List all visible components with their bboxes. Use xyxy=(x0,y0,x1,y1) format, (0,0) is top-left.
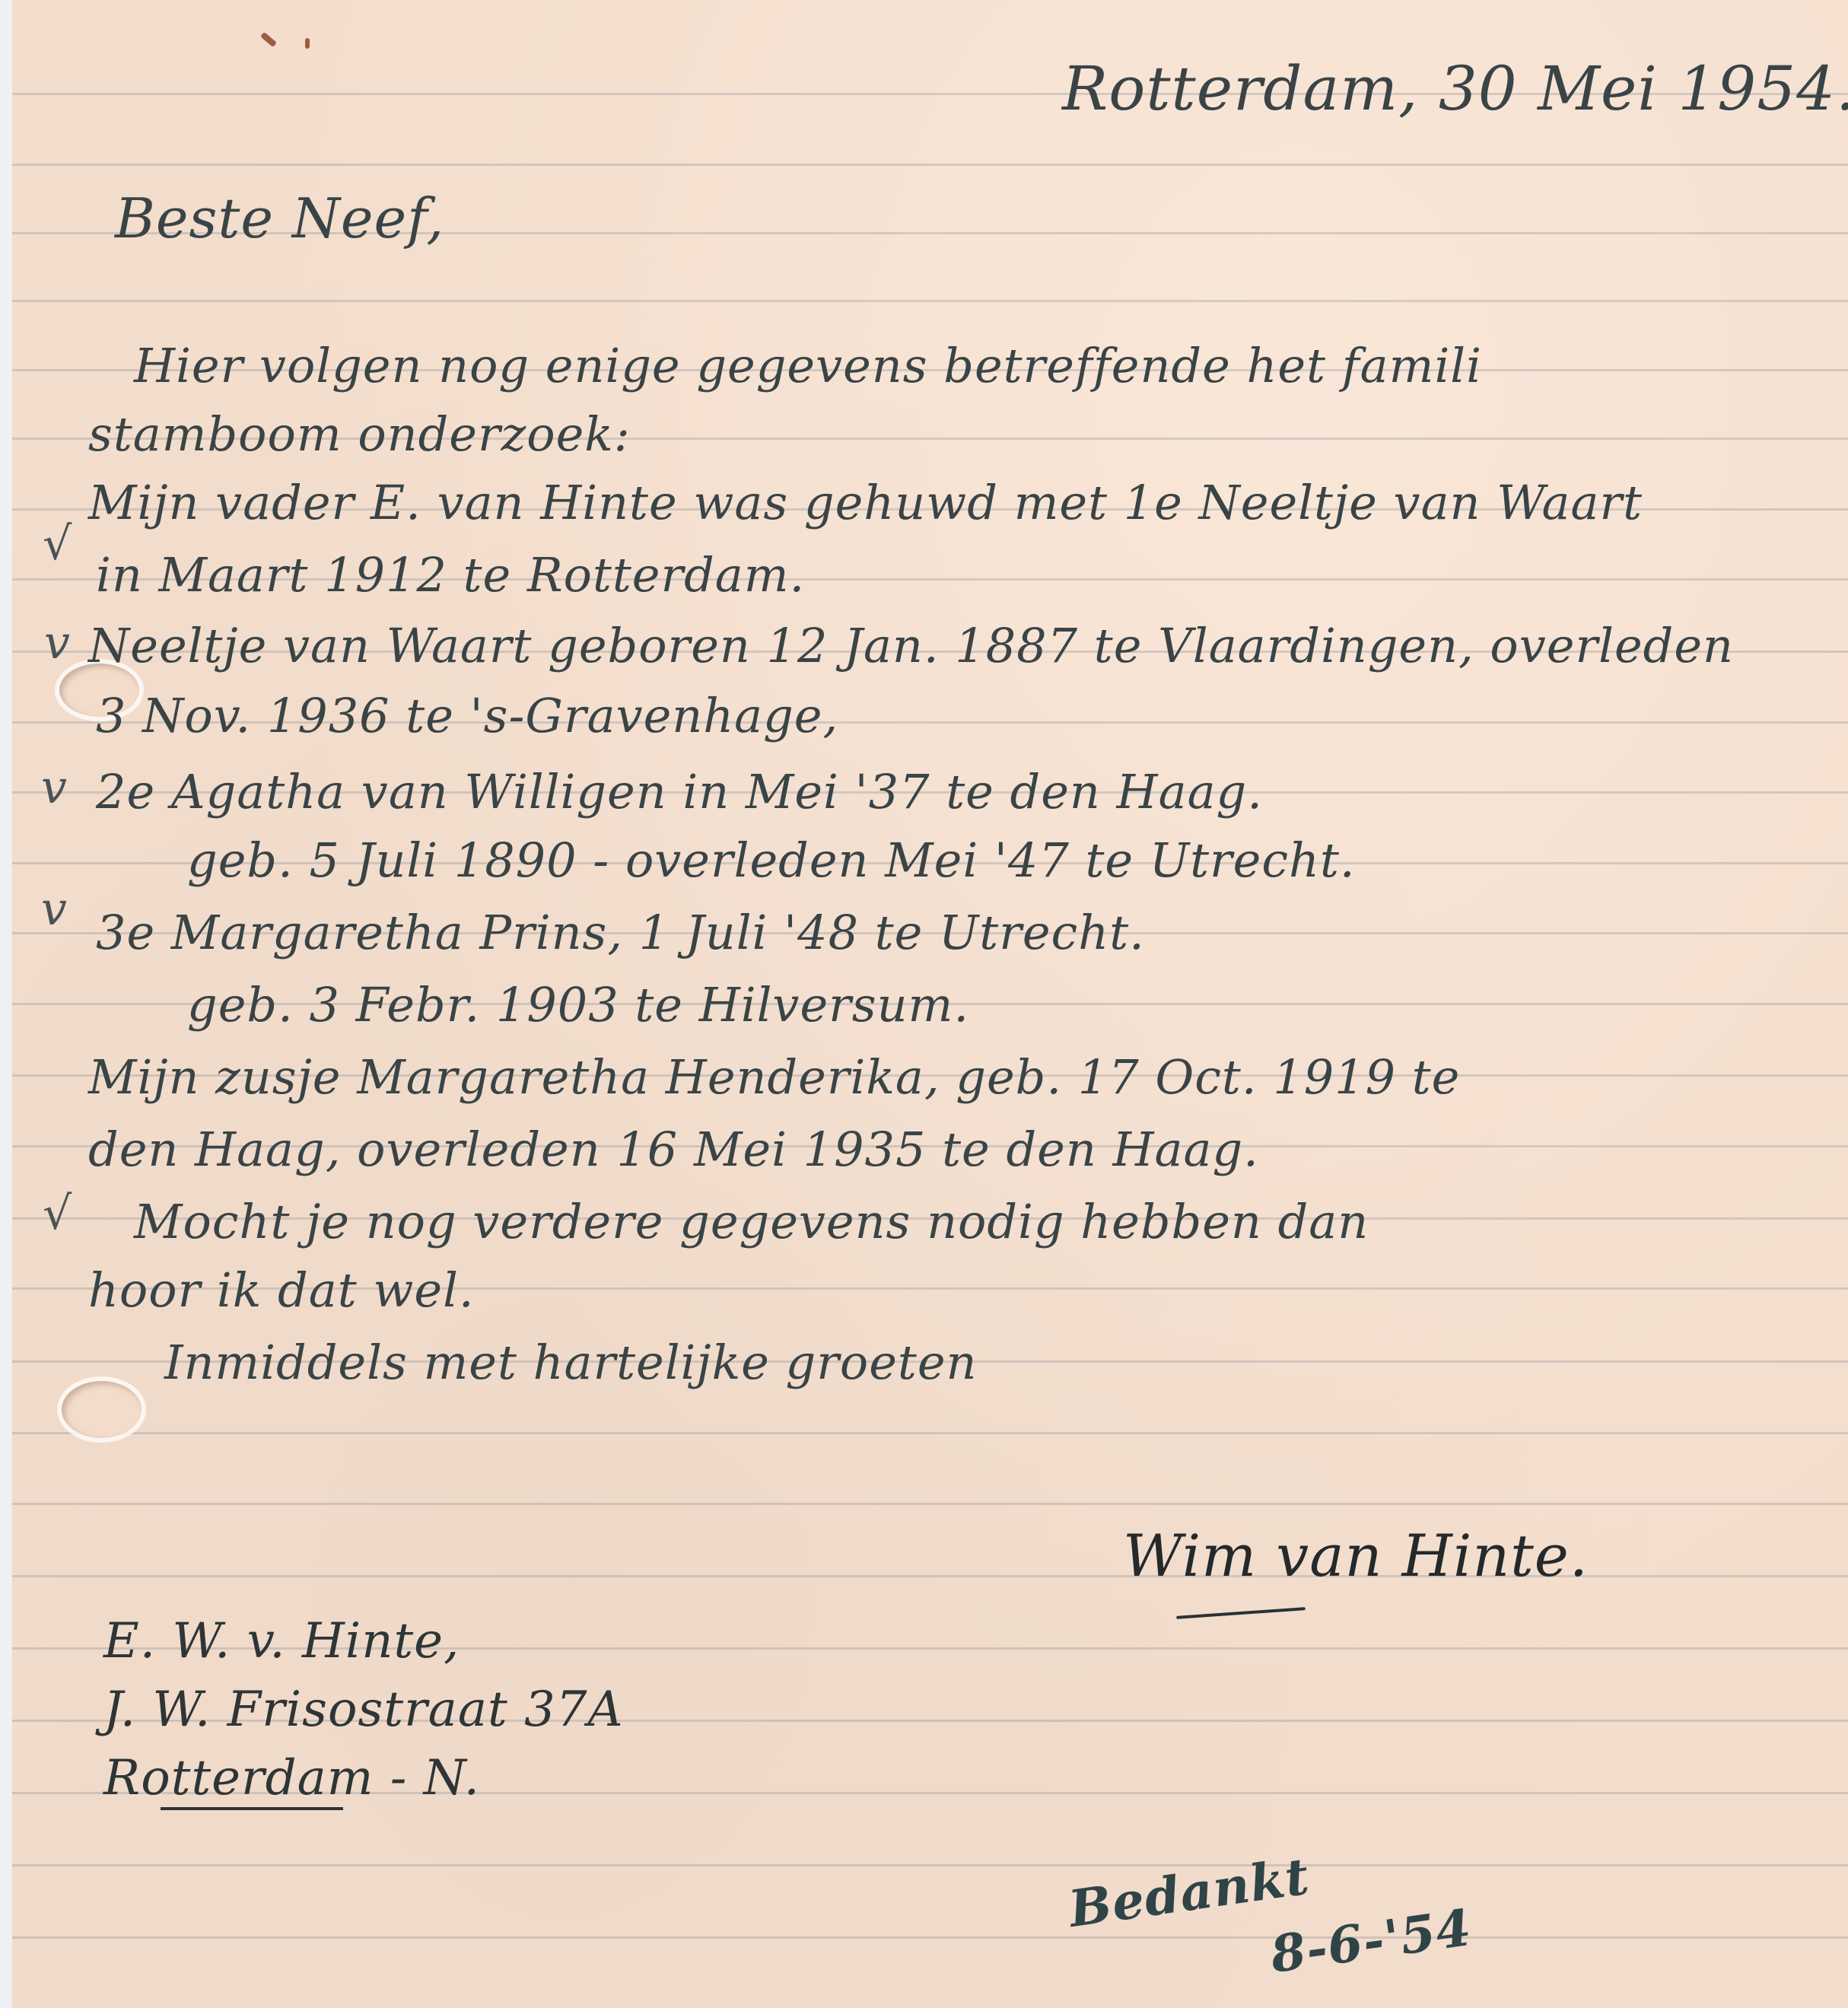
body-line: Neeltje van Waart geboren 12 Jan. 1887 t… xyxy=(88,622,1734,670)
ruled-line xyxy=(12,1432,1848,1434)
body-line: Inmiddels met hartelijke groeten xyxy=(164,1339,977,1386)
signature: Wim van Hinte. xyxy=(1123,1522,1589,1590)
body-line: hoor ik dat wel. xyxy=(88,1267,475,1314)
address-name: E. W. v. Hinte, xyxy=(103,1613,460,1669)
body-line: 3 Nov. 1936 te 's-Gravenhage, xyxy=(96,692,838,740)
ruled-line xyxy=(12,1936,1848,1939)
salutation: Beste Neef, xyxy=(115,186,444,250)
place-date: Rotterdam, 30 Mei 1954. xyxy=(1062,53,1848,124)
body-line: geb. 3 Febr. 1903 te Hilversum. xyxy=(187,982,969,1029)
body-line: Mijn vader E. van Hinte was gehuwd met 1… xyxy=(88,479,1643,527)
ruled-line xyxy=(12,164,1848,166)
rust-stain xyxy=(260,32,277,47)
ruled-line xyxy=(12,1864,1848,1866)
body-line: geb. 5 Juli 1890 - overleden Mei '47 te … xyxy=(187,837,1356,884)
rust-stain xyxy=(305,38,310,49)
address-underline xyxy=(161,1807,343,1810)
ruled-line xyxy=(12,300,1848,302)
body-line: stamboom onderzoek: xyxy=(88,411,631,458)
annotation-date: 8-6-'54 xyxy=(1267,1898,1475,1984)
margin-check-mark: v xyxy=(41,883,67,936)
punch-hole xyxy=(62,1381,142,1438)
body-line: 2e Agatha van Willigen in Mei '37 te den… xyxy=(96,769,1263,816)
address-street: J. W. Frisostraat 37A xyxy=(103,1682,624,1738)
body-line: 3e Margaretha Prins, 1 Juli '48 te Utrec… xyxy=(96,909,1145,956)
signature-flourish xyxy=(1176,1607,1306,1619)
body-line: Mijn zusje Margaretha Henderika, geb. 17… xyxy=(88,1054,1460,1101)
margin-check-mark: v xyxy=(41,761,67,814)
margin-check-mark: √ xyxy=(43,517,72,571)
body-line: Hier volgen nog enige gegevens betreffen… xyxy=(134,342,1482,390)
ruled-line xyxy=(12,1503,1848,1505)
margin-check-mark: v xyxy=(44,616,70,670)
body-line: Mocht je nog verdere gegevens nodig hebb… xyxy=(134,1198,1369,1246)
margin-check-mark: √ xyxy=(43,1187,72,1240)
body-line: in Maart 1912 te Rotterdam. xyxy=(96,552,805,599)
letter-paper: Rotterdam, 30 Mei 1954. Beste Neef, √ v … xyxy=(12,0,1848,2008)
body-line: den Haag, overleden 16 Mei 1935 te den H… xyxy=(88,1126,1259,1173)
address-city: Rotterdam - N. xyxy=(103,1750,480,1806)
